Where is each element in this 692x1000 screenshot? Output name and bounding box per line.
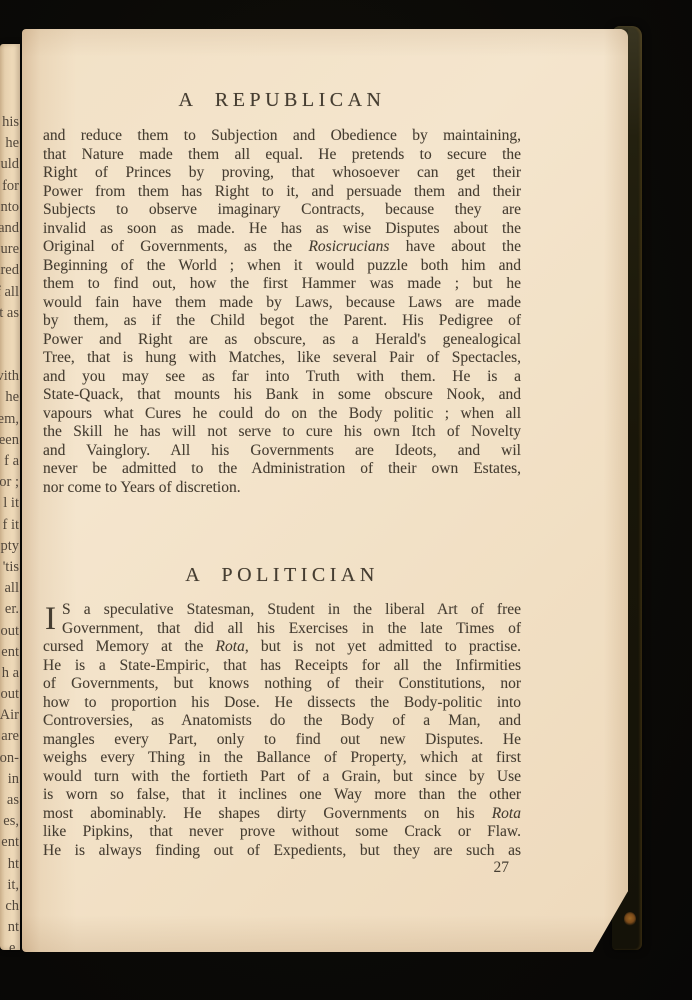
edge-text-fragment [0, 324, 20, 345]
drop-cap: I [45, 601, 56, 637]
text-line: Government, that did all his Exercises i… [43, 620, 521, 639]
text-line: invalid as soon as made. He has as wise … [43, 220, 521, 239]
text-line: is worn so false, that it inclines one W… [43, 786, 521, 805]
edge-text-fragment [0, 345, 20, 366]
text-line: Power from them has Right to it, and per… [43, 183, 521, 202]
edge-text-fragment: out [0, 684, 20, 705]
text-line: never be admitted to the Administration … [43, 460, 521, 479]
text-line: of Governments, but knows nothing of the… [43, 675, 521, 694]
photo-background: hisheouldforntoandureiredf allt asvithhe… [0, 0, 692, 1000]
page-number: 27 [43, 859, 509, 877]
edge-text-fragment: ired [0, 260, 20, 281]
edge-text-fragment: his [0, 112, 20, 133]
edge-text-fragment: ent [0, 642, 20, 663]
edge-text-fragment: ent [0, 832, 20, 853]
edge-text-fragment: ch [0, 896, 20, 917]
edge-text-fragment: Air [0, 705, 20, 726]
edge-text-fragment: vith [0, 366, 20, 387]
section-paragraph-republican: and reduce them to Subjection and Obedie… [43, 127, 521, 497]
text-line: would turn with the fortieth Part of a G… [43, 768, 521, 787]
edge-text-fragment: as [0, 790, 20, 811]
edge-text-fragment: on- [0, 748, 20, 769]
edge-text-fragment: h a [0, 663, 20, 684]
text-line: like Pipkins, that never prove without s… [43, 823, 521, 842]
edge-text-fragment: he [0, 387, 20, 408]
text-line: vapours what Cures he could do on the Bo… [43, 405, 521, 424]
edge-text-fragment: t as [0, 303, 20, 324]
text-line: State-Quack, that mounts his Bank in som… [43, 386, 521, 405]
section-heading-republican: A REPUBLICAN [43, 89, 521, 112]
edge-text-fragment: in [0, 769, 20, 790]
section-paragraph-politician: S a speculative Statesman, Student in th… [43, 601, 521, 860]
text-line: He is always finding out of Expedients, … [43, 842, 521, 861]
edge-text-fragment: are [0, 726, 20, 747]
text-line: most abominably. He shapes dirty Governm… [43, 805, 521, 824]
section-heading-politician: A POLITICIAN [43, 564, 521, 587]
edge-text-fragment: out [0, 621, 20, 642]
edge-text-fragment: nto [0, 197, 20, 218]
cover-speck [624, 912, 636, 926]
edge-text-fragment: ure [0, 239, 20, 260]
edge-text-fragment: 'tis [0, 557, 20, 578]
text-line: weighs every Thing in the Ballance of Pr… [43, 749, 521, 768]
text-line: how to proportion his Dose. He dissects … [43, 694, 521, 713]
text-line: Original of Governments, as the Rosicruc… [43, 238, 521, 257]
text-line: He is a State-Empiric, that has Receipts… [43, 657, 521, 676]
text-line: Beginning of the World ; when it would p… [43, 257, 521, 276]
edge-text-fragment: he [0, 133, 20, 154]
edge-text-fragment: een [0, 430, 20, 451]
edge-text-fragment: f a [0, 451, 20, 472]
text-line: mangles every Part, only to find out new… [43, 731, 521, 750]
text-line: would fain have them made by Laws, becau… [43, 294, 521, 313]
edge-text-fragment: f all [0, 282, 20, 303]
text-line: Power and Right are as obscure, as a Her… [43, 331, 521, 350]
edge-text-fragment: nt [0, 917, 20, 938]
edge-text-fragment: all [0, 578, 20, 599]
book-page: A REPUBLICAN and reduce them to Subjecti… [22, 29, 628, 952]
previous-page-edge: hisheouldforntoandureiredf allt asvithhe… [0, 44, 20, 950]
text-line: Subjects to observe imaginary Contracts,… [43, 201, 521, 220]
text-line: S a speculative Statesman, Student in th… [43, 601, 521, 620]
text-line: and reduce them to Subjection and Obedie… [43, 127, 521, 146]
edge-text-fragment: es, [0, 811, 20, 832]
text-line: cursed Memory at the Rota, but is not ye… [43, 638, 521, 657]
text-line: the Skill he has will not serve to cure … [43, 423, 521, 442]
edge-text-fragment: pty [0, 536, 20, 557]
edge-text-fragment: e, [0, 938, 20, 950]
edge-text-fragment: or ; [0, 472, 20, 493]
edge-text-fragment: l it [0, 493, 20, 514]
edge-text-fragment: f it [0, 515, 20, 536]
text-line: and you may see as far into Truth with t… [43, 368, 521, 387]
edge-text-fragment: for [0, 176, 20, 197]
edge-text-fragment: em, [0, 409, 20, 430]
edge-text-fragment: ht [0, 854, 20, 875]
text-line: that Nature made them all equal. He pret… [43, 146, 521, 165]
edge-text-fragment: ould [0, 154, 20, 175]
text-line: by them, as if the Child begot the Paren… [43, 312, 521, 331]
text-line: Controversies, as Anatomists do the Body… [43, 712, 521, 731]
text-line: and Vainglory. All his Governments are I… [43, 442, 521, 461]
text-line: Right of Princes by proving, that whosoe… [43, 164, 521, 183]
edge-text-fragment: er. [0, 599, 20, 620]
text-line: nor come to Years of discretion. [43, 479, 521, 498]
text-line: them to find out, how the first Hammer w… [43, 275, 521, 294]
previous-page-text-fragments: hisheouldforntoandureiredf allt asvithhe… [0, 44, 20, 950]
text-line: Tree, that is hung with Matches, like se… [43, 349, 521, 368]
edge-text-fragment: it, [0, 875, 20, 896]
edge-text-fragment: and [0, 218, 20, 239]
